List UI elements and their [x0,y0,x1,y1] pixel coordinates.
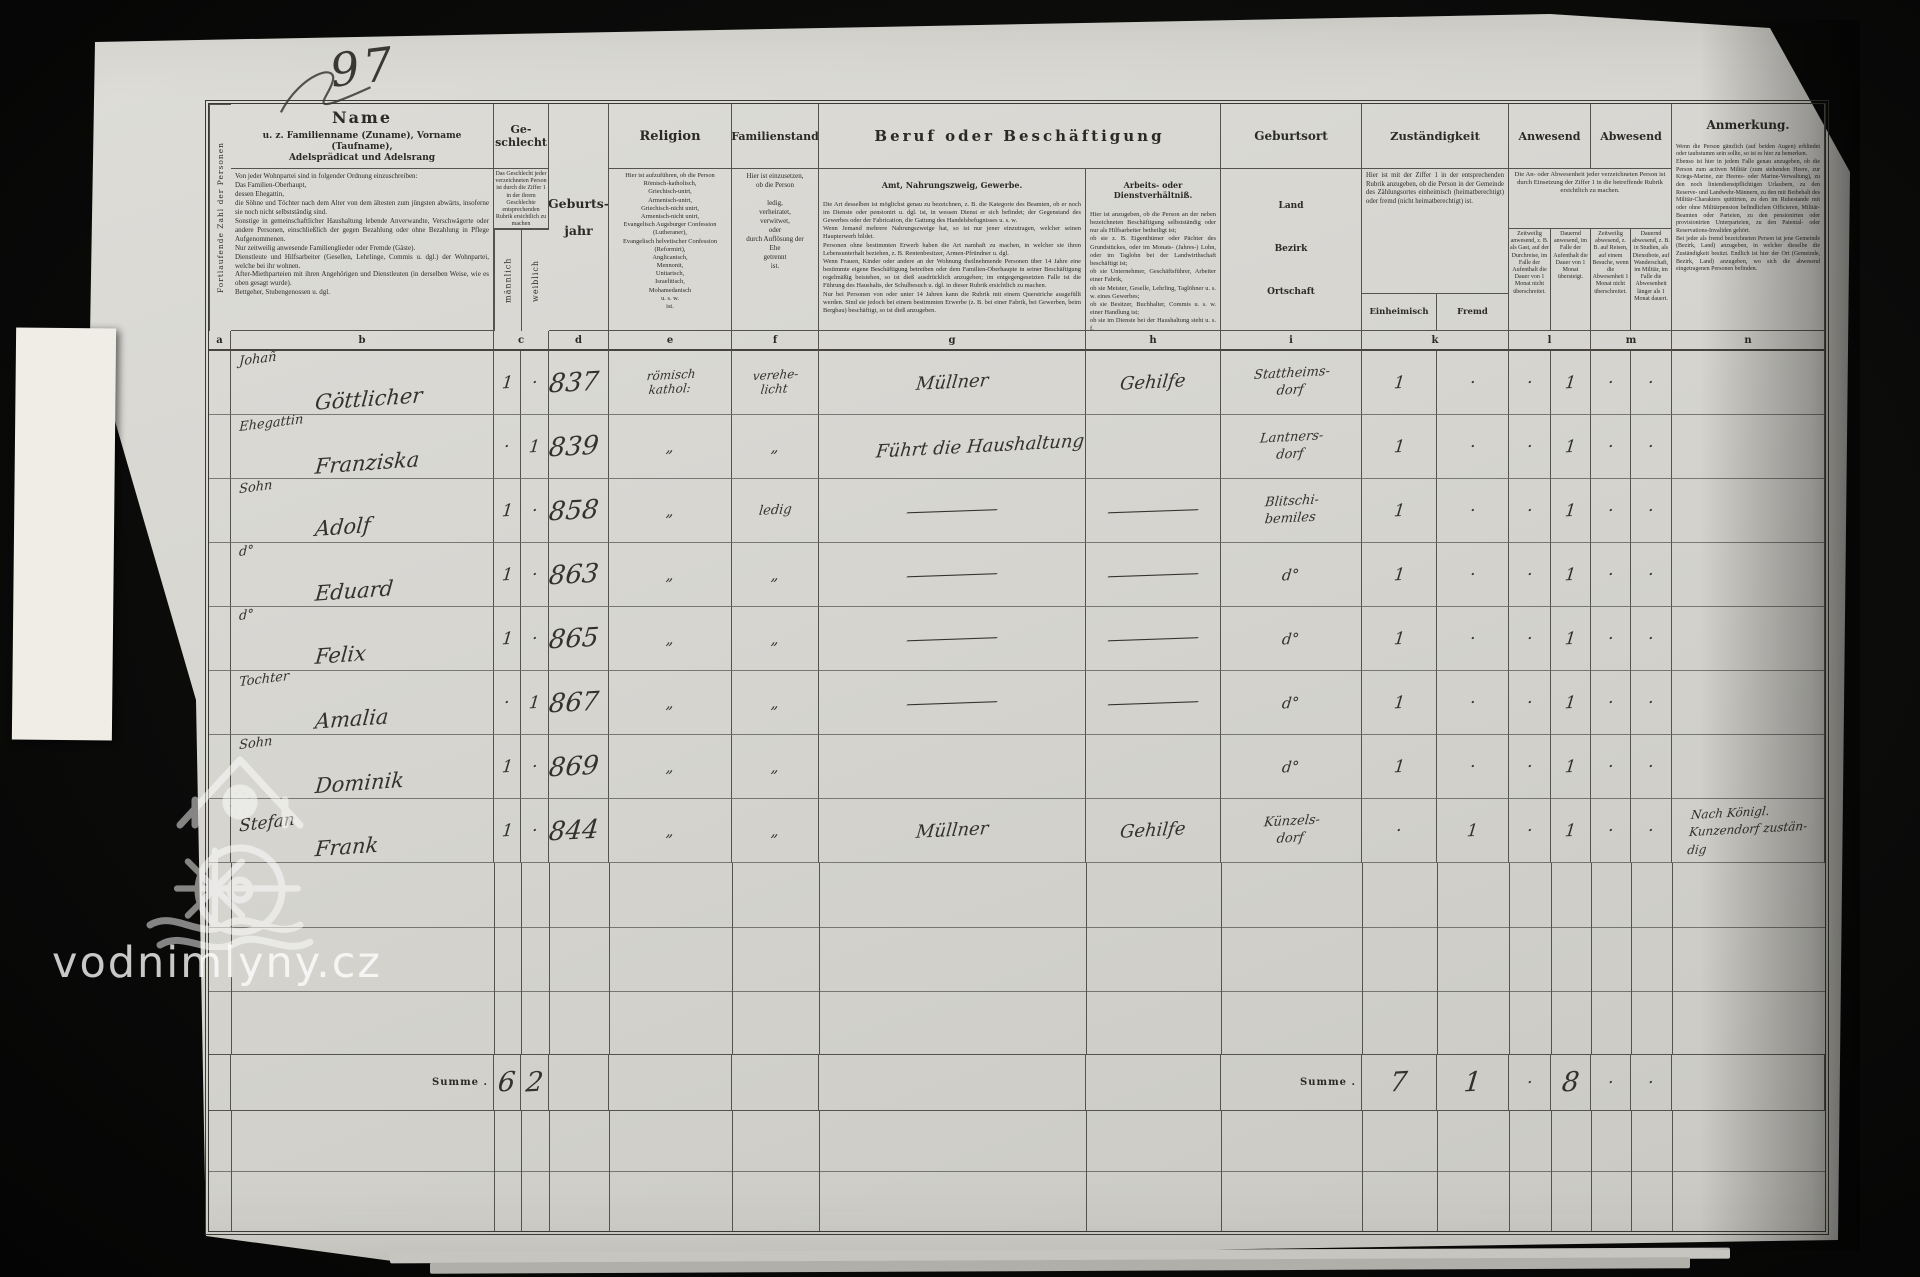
summary-empty-cell [1086,1055,1221,1111]
row2-relation: Ehegattin [239,412,304,435]
row5-einheimisch: 1 [1362,607,1437,671]
summary-empty-cell [732,1055,819,1111]
row8-birth-year: 844 [549,799,609,863]
row4-beruf: — [819,543,1086,607]
row3-zeitweilig-abwesend: · [1591,479,1631,543]
dauernd-abwesend-subheader: Dauernd abwesend, z. B. in Studien, als … [1631,229,1672,331]
row6-fremd: · [1437,671,1509,735]
row4-religion: „ [609,543,732,607]
maennlich-subheader: männlich [494,229,521,331]
amt-subtitle: Amt, Nahrungszweig, Gewerbe. [823,180,1081,190]
row7-dauernd-anwesend: 1 [1551,735,1591,799]
row8-dauernd-anwesend: 1 [1551,799,1591,863]
row8-familienstand: „ [732,799,819,863]
row1-dienstverhaeltnis: Gehilfe [1086,351,1221,415]
row8-geburtsort: Künzels- dorf [1221,799,1362,863]
geschlecht-title: Ge- schlecht [495,123,547,149]
row6-einheimisch: 1 [1362,671,1437,735]
geburtsort-fields: Land Bezirk Ortschaft [1221,169,1362,331]
row6-male-mark: · [494,671,521,735]
row3-einheimisch: 1 [1362,479,1437,543]
row4-familienstand: „ [732,543,819,607]
row2-geburtsort: Lantners- dorf [1221,415,1362,479]
zeitweilig-abwesend-subheader: Zeitweilig abwesend, z. B. auf Reisen, a… [1591,229,1631,331]
row3-name-cell: SohnAdolf [231,479,494,543]
einheimisch-subheader: Einheimisch [1362,294,1437,331]
row6-name: Amalia [314,704,390,733]
row2-beruf: Führt die Haushaltung [819,415,1086,479]
letter-b: b [231,331,494,351]
arbeitsverhaeltnis-instructions: Hier ist anzugeben, ob die Person an der… [1090,211,1216,331]
summary-index-cell [209,1055,231,1111]
row6-zeitweilig-anwesend: · [1509,671,1551,735]
row4-dienstverhaeltnis: — [1086,543,1221,607]
row3-familienstand: ledig [732,479,819,543]
row1-female-mark: · [521,351,549,415]
row7-birth-year: 869 [549,735,609,799]
row1-dauernd-abwesend: · [1631,351,1672,415]
row6-birth-year: 867 [549,671,609,735]
row2-religion: „ [609,415,732,479]
row7-beruf [819,735,1086,799]
familienstand-column-title: Familienstand [732,104,819,169]
row1-fremd: · [1437,351,1509,415]
row1-relation: Johañ [239,350,277,370]
row7-fremd: · [1437,735,1509,799]
row7-dauernd-abwesend: · [1631,735,1672,799]
empty-rows-area [209,863,1825,1055]
row4-zeitweilig-abwesend: · [1591,543,1631,607]
row1-geburtsort: Stattheims- dorf [1221,351,1362,415]
row7-familienstand: „ [732,735,819,799]
row1-name-cell: JohañGöttlicher [231,351,494,415]
row3-female-mark: · [521,479,549,543]
page-curl-shadow [1700,20,1860,1250]
letter-a: a [209,331,231,351]
row7-zeitweilig-anwesend: · [1509,735,1551,799]
letter-d: d [549,331,609,351]
row5-geburtsort: d° [1221,607,1362,671]
row3-relation: Sohn [239,478,273,497]
weiblich-subheader: weiblich [521,229,549,331]
religion-column-title: Religion [609,104,732,169]
letter-c: c [494,331,549,351]
row4-dauernd-abwesend: · [1631,543,1672,607]
row3-fremd: · [1437,479,1509,543]
geschlecht-instructions: Das Geschlecht jeder verzeichneten Perso… [494,169,549,229]
row8-fremd: 1 [1437,799,1509,863]
arbeitsverhaeltnis-subcolumn: Arbeits- oder Dienstverhältniß. Hier ist… [1086,169,1221,331]
row1-einheimisch: 1 [1362,351,1437,415]
row7-female-mark: · [521,735,549,799]
religion-title: Religion [639,129,700,144]
row8-beruf: Müllner [819,799,1086,863]
row2-zeitweilig-abwesend: · [1591,415,1631,479]
row8-zeitweilig-abwesend: · [1591,799,1631,863]
row2-name: Franziska [314,447,420,478]
familienstand-instructions: Hier ist einzusetzen, ob die Person ledi… [732,169,819,331]
row6-name-cell: TochterAmalia [231,671,494,735]
zustaendigkeit-column-title: Zuständigkeit [1362,104,1509,169]
row7-religion: „ [609,735,732,799]
beruf-title: Beruf oder Beschäftigung [874,127,1164,145]
amt-instructions: Die Art desselben ist möglichst genau zu… [823,201,1081,316]
column-a-header: Fortlaufende Zahl der Personen [209,104,231,331]
row5-dienstverhaeltnis: — [1086,607,1221,671]
row4-dauernd-anwesend: 1 [1551,543,1591,607]
summary-empty-cell [609,1055,732,1111]
row5-female-mark: · [521,607,549,671]
row6-familienstand: „ [732,671,819,735]
row2-dauernd-anwesend: 1 [1551,415,1591,479]
row5-familienstand: „ [732,607,819,671]
row6-zeitweilig-abwesend: · [1591,671,1631,735]
letter-i: i [1221,331,1362,351]
row5-zeitweilig-anwesend: · [1509,607,1551,671]
dauernd-anwesend-subheader: Dauernd anwesend, im Falle der Aufenthal… [1551,229,1591,331]
letter-e: e [609,331,732,351]
row5-religion: „ [609,607,732,671]
letter-k: k [1362,331,1509,351]
row3-birth-year: 858 [549,479,609,543]
row8-dienstverhaeltnis: Gehilfe [1086,799,1221,863]
geschlecht-column-title: Ge- schlecht [494,104,549,169]
letter-g: g [819,331,1086,351]
name-title: Name [332,108,392,127]
row2-dienstverhaeltnis [1086,415,1221,479]
row3-religion: „ [609,479,732,543]
summary-male-total: 6 [494,1055,521,1111]
row1-dauernd-anwesend: 1 [1551,351,1591,415]
row2-birth-year: 839 [549,415,609,479]
row8-einheimisch: · [1362,799,1437,863]
row8-zeitweilig-anwesend: · [1509,799,1551,863]
row7-zeitweilig-abwesend: · [1591,735,1631,799]
row5-dauernd-anwesend: 1 [1551,607,1591,671]
abwesend-title: Abwesend [1600,130,1662,143]
summary-einheimisch-total: 7 [1362,1055,1437,1111]
summary-dauernd-abwesend-total: · [1631,1055,1672,1111]
row1-religion: römisch kathol: [609,351,732,415]
summary-label-right: Summe . [1221,1055,1362,1111]
row4-male-mark: 1 [494,543,521,607]
zustaendigkeit-title: Zuständigkeit [1390,129,1480,143]
row7-dienstverhaeltnis [1086,735,1221,799]
zeitweilig-anwesend-subheader: Zeitweilig anwesend, z. B. als Gast, auf… [1509,229,1551,331]
arbeitsverhaeltnis-subtitle: Arbeits- oder Dienstverhältniß. [1090,180,1216,200]
row1-name: Göttlicher [314,383,423,415]
row5-relation: d° [239,607,254,624]
row4-fremd: · [1437,543,1509,607]
row7-geburtsort: d° [1221,735,1362,799]
row8-dauernd-abwesend: · [1631,799,1672,863]
row6-religion: „ [609,671,732,735]
zustaendigkeit-instructions: Hier ist mit der Ziffer 1 in der entspre… [1362,169,1509,294]
summary-empty-cell [819,1055,1086,1111]
row6-dauernd-anwesend: 1 [1551,671,1591,735]
row2-zeitweilig-anwesend: · [1509,415,1551,479]
row2-familienstand: „ [732,415,819,479]
row3-index-cell [209,479,231,543]
row5-zeitweilig-abwesend: · [1591,607,1631,671]
row6-relation: Tochter [239,669,289,690]
anwesend-title: Anwesend [1519,130,1581,143]
row1-beruf: Müllner [819,351,1086,415]
row3-dienstverhaeltnis: — [1086,479,1221,543]
row4-female-mark: · [521,543,549,607]
row1-male-mark: 1 [494,351,521,415]
row3-zeitweilig-anwesend: · [1509,479,1551,543]
row4-birth-year: 863 [549,543,609,607]
row5-male-mark: 1 [494,607,521,671]
row3-beruf: — [819,479,1086,543]
familienstand-title: Familienstand [732,130,819,143]
letter-l: l [1509,331,1591,351]
summary-dauernd-anwesend-total: 8 [1551,1055,1591,1111]
geburtsort-column-title: Geburtsort [1221,104,1362,169]
row6-dienstverhaeltnis: — [1086,671,1221,735]
name-column-title: Name u. z. Familienname (Zuname), Vornam… [231,104,494,169]
letter-h: h [1086,331,1221,351]
census-table: Fortlaufende Zahl der Personen Name u. z… [208,103,1826,1232]
row5-fremd: · [1437,607,1509,671]
row1-zeitweilig-abwesend: · [1591,351,1631,415]
row1-birth-year: 837 [549,351,609,415]
letter-f: f [732,331,819,351]
summary-empty-cell [549,1055,609,1111]
row4-geburtsort: d° [1221,543,1362,607]
bottom-empty-area [209,1111,1825,1231]
amt-subcolumn: Amt, Nahrungszweig, Gewerbe. Die Art des… [819,169,1086,331]
row1-index-cell [209,351,231,415]
row6-female-mark: 1 [521,671,549,735]
row4-name-cell: d°Eduard [231,543,494,607]
row4-name: Eduard [314,576,394,606]
row5-index-cell [209,607,231,671]
row2-einheimisch: 1 [1362,415,1437,479]
row5-beruf: — [819,607,1086,671]
row1-zeitweilig-anwesend: · [1509,351,1551,415]
row8-male-mark: 1 [494,799,521,863]
row4-index-cell [209,543,231,607]
summary-zeitweilig-anwesend-total: · [1509,1055,1551,1111]
fremd-subheader: Fremd [1437,294,1509,331]
presence-note: Die An- oder Abwesenheit jeder verzeichn… [1509,169,1672,229]
anwesend-column-title: Anwesend [1509,104,1591,169]
row8-female-mark: · [521,799,549,863]
row2-index-cell [209,415,231,479]
letter-m: m [1591,331,1672,351]
row2-dauernd-abwesend: · [1631,415,1672,479]
summary-female-total: 2 [521,1055,549,1111]
row4-zeitweilig-anwesend: · [1509,543,1551,607]
row5-dauernd-abwesend: · [1631,607,1672,671]
row3-male-mark: 1 [494,479,521,543]
page-number-annotation: 97 [327,36,400,98]
row3-dauernd-abwesend: · [1631,479,1672,543]
geburtsort-title: Geburtsort [1254,129,1328,143]
summary-label-left: Summe . [231,1055,494,1111]
row2-male-mark: · [494,415,521,479]
row4-einheimisch: 1 [1362,543,1437,607]
row2-female-mark: 1 [521,415,549,479]
geburtsjahr-title: Geburts- jahr [549,190,609,245]
watermill-watermark-icon [140,740,340,950]
row6-geburtsort: d° [1221,671,1362,735]
row2-fremd: · [1437,415,1509,479]
row1-familienstand: verehe- licht [732,351,819,415]
row6-beruf: — [819,671,1086,735]
row3-dauernd-anwesend: 1 [1551,479,1591,543]
beruf-column-title: Beruf oder Beschäftigung [819,104,1221,169]
row3-name: Adolf [314,513,372,541]
religion-instructions: Hier ist aufzuführen, ob die Person Römi… [609,169,732,331]
summary-fremd-total: 1 [1437,1055,1509,1111]
name-column-instructions: Von jeder Wohnpartei sind in folgender O… [231,169,494,331]
summary-zeitweilig-abwesend-total: · [1591,1055,1631,1111]
row3-geburtsort: Blitschi- bemiles [1221,479,1362,543]
geburtsjahr-column-title: Geburts- jahr [549,104,609,331]
abwesend-column-title: Abwesend [1591,104,1672,169]
row2-name-cell: EhegattinFranziska [231,415,494,479]
row7-male-mark: 1 [494,735,521,799]
row8-religion: „ [609,799,732,863]
row4-relation: d° [239,543,254,560]
row5-name: Felix [314,641,367,669]
watermark-text: vodnimlyny.cz [52,938,382,988]
name-subtitle: u. z. Familienname (Zuname), Vorname (Ta… [231,131,493,165]
scanned-census-sheet: 97 Fortlaufende Zahl der Personen Name u… [0,0,1920,1277]
row6-index-cell [209,671,231,735]
row7-einheimisch: 1 [1362,735,1437,799]
bookmark-strip [12,327,116,740]
row5-name-cell: d°Felix [231,607,494,671]
row5-birth-year: 865 [549,607,609,671]
row6-dauernd-abwesend: · [1631,671,1672,735]
